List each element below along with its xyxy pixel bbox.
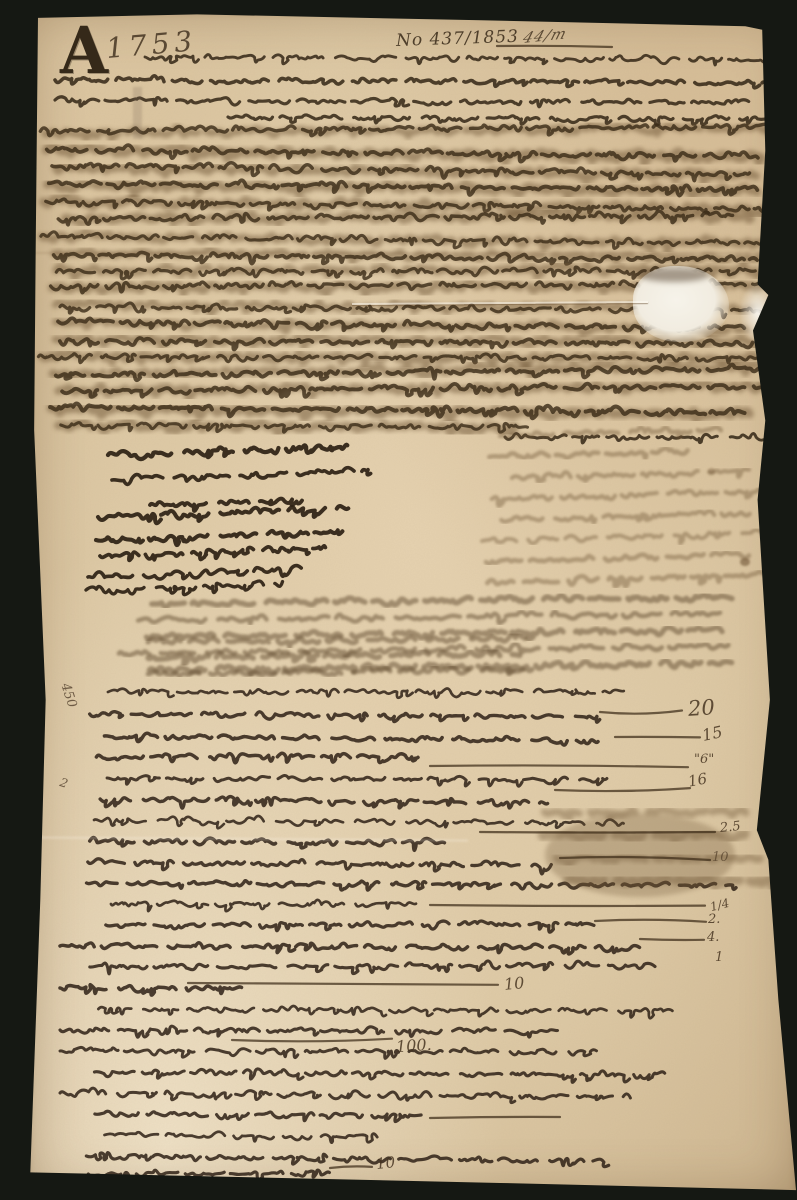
margin-annotation-vertical: 450 [57, 681, 79, 709]
margin-amount: 1 [715, 950, 723, 965]
stamp-letter: A [60, 13, 108, 89]
manuscript-page: A 1753 No 437/185344/m 450 2 20 15 "6" 1… [28, 12, 796, 1196]
ink-stain [740, 558, 750, 566]
margin-amount: 16 [687, 769, 709, 790]
inline-amount: 10 [375, 1153, 396, 1173]
crease-line [352, 301, 648, 305]
fold-line-lower [28, 836, 468, 841]
docket-number: No 437/185344/m [396, 25, 567, 51]
inline-amount: 100. [395, 1035, 432, 1056]
fold-line-upper [28, 252, 796, 254]
fold-band [133, 87, 142, 139]
margin-amount: 2.5 [719, 819, 741, 836]
ink-stain [708, 468, 715, 474]
margin-amount: 20 [687, 695, 715, 721]
docket-initials: 44/m [521, 24, 570, 47]
paper-tear-edge [740, 284, 776, 342]
margin-annotation-small: 2 [58, 775, 70, 791]
scan-background: A 1753 No 437/185344/m 450 2 20 15 "6" 1… [0, 0, 797, 1200]
docket-number-text: No 437/1853 [396, 27, 520, 51]
margin-amount: 10 [712, 850, 729, 865]
margin-amount: 2. [708, 912, 720, 927]
paper-grain-texture [28, 12, 796, 1196]
margin-amount: 4. [707, 930, 719, 945]
inline-amount: 10 [503, 973, 525, 994]
margin-amount: 15 [700, 722, 724, 745]
handwriting-scribbles [28, 12, 796, 1196]
year-annotation: 1753 [105, 24, 199, 65]
margin-amount: "6" [694, 752, 714, 767]
paper-tear [633, 266, 729, 342]
